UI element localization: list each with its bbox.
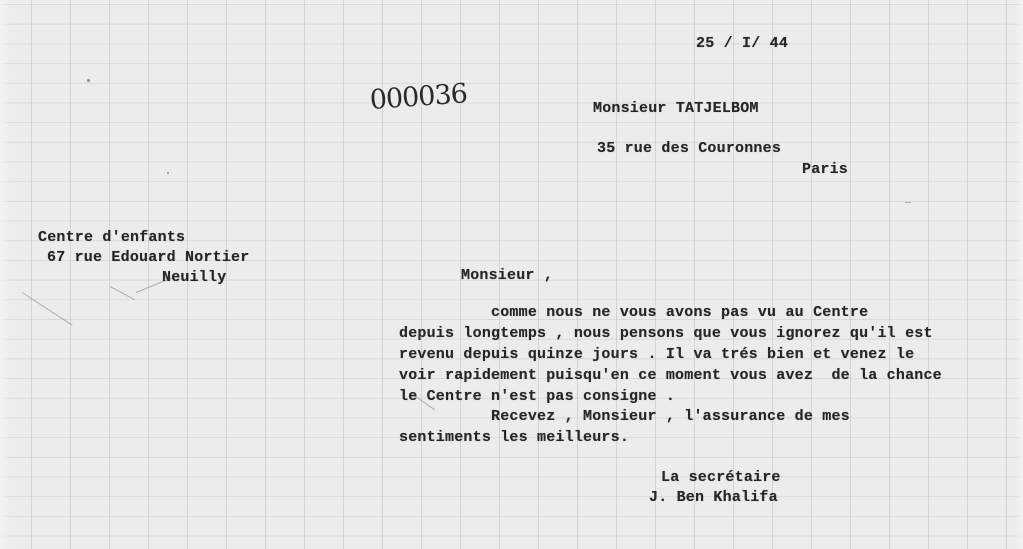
sender-street: 67 rue Edouard Nortier xyxy=(47,250,249,265)
body-line: sentiments les meilleurs. xyxy=(399,429,629,446)
body-line: voir rapidement puisqu'en ce moment vous… xyxy=(399,367,942,384)
body-line: comme nous ne vous avons pas vu au Centr… xyxy=(399,304,868,321)
letter-page: 25 / I/ 44 000036 Monsieur TATJELBOM 35 … xyxy=(0,0,1023,549)
reference-stamp: 000036 xyxy=(369,78,468,116)
body-line: revenu depuis quinze jours . Il va trés … xyxy=(399,346,914,363)
paper-speck xyxy=(87,79,90,82)
sender-name: Centre d'enfants xyxy=(38,230,185,245)
pencil-mark xyxy=(22,292,73,326)
recipient-name: Monsieur TATJELBOM xyxy=(593,101,759,116)
letter-date: 25 / I/ 44 xyxy=(696,36,788,51)
pencil-mark xyxy=(905,202,911,203)
recipient-city: Paris xyxy=(802,162,848,177)
body-line: depuis longtemps , nous pensons que vous… xyxy=(399,325,933,342)
signature-name: J. Ben Khalifa xyxy=(649,490,778,505)
signature-title: La secrétaire xyxy=(661,470,781,485)
recipient-street: 35 rue des Couronnes xyxy=(597,141,781,156)
paper-speck xyxy=(167,172,169,174)
pencil-mark xyxy=(110,286,135,300)
salutation: Monsieur , xyxy=(461,268,553,283)
body-line: Recevez , Monsieur , l'assurance de mes xyxy=(399,408,850,425)
body-line: le Centre n'est pas consigne . xyxy=(399,388,675,405)
